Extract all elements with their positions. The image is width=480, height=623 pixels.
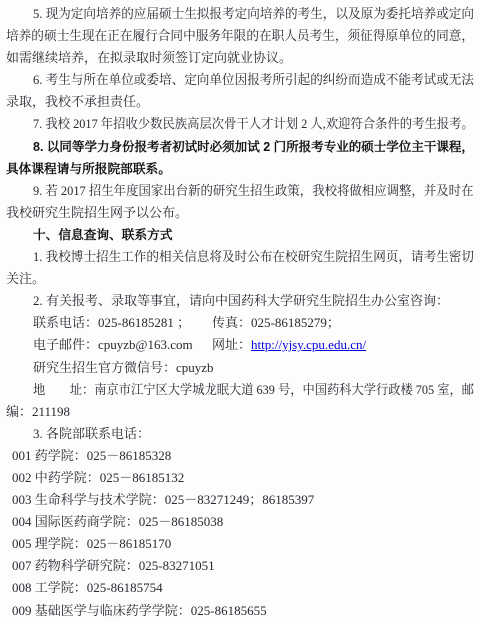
line-text: 008 工学院：025-86185754 bbox=[12, 580, 163, 595]
line-text: 十、信息查询、联系方式 bbox=[33, 228, 173, 242]
line-text: 地 址：南京市江宁区大学城龙眠大道 639 号，中国药科大学行政楼 705 室，… bbox=[33, 382, 474, 397]
info-1-line-2: 关注。 bbox=[6, 268, 474, 290]
line-content: 001 药学院：025－86185328 bbox=[12, 445, 171, 467]
item-8-line-2: 具体课程请与所报院部联系。 bbox=[6, 158, 474, 180]
website-field: 网址：http://yjsy.cpu.edu.cn/ bbox=[212, 334, 366, 356]
line-text: 001 药学院：025－86185328 bbox=[12, 448, 171, 463]
item-9-line-1: 9. 若 2017 招生年度国家出台新的研究生招生政策，我校将做相应调整，并及时… bbox=[6, 180, 474, 202]
item-6-line-1: 6. 考生与所在单位或委培、定向单位因报考所引起的纠纷而造成不能考试或无法 bbox=[6, 69, 474, 91]
contact-email-web: 电子邮件：cpuyzb@163.com网址：http://yjsy.cpu.ed… bbox=[6, 334, 474, 356]
dept-phone-009: 009 基础医学与临床药学学院：025-86185655 bbox=[6, 600, 474, 622]
line-text: 联系电话：025-86185281 ； bbox=[33, 315, 190, 330]
line-text: 003 生命科学与技术学院：025－83271249；86185397 bbox=[12, 492, 314, 507]
line-content: 009 基础医学与临床药学学院：025-86185655 bbox=[12, 600, 267, 622]
info-2-line-1: 2. 有关报考、录取等事宜，请向中国药科大学研究生院招生办公室咨询： bbox=[6, 290, 474, 312]
line-text: 编：211198 bbox=[6, 404, 70, 419]
line-content: 004 国际医药商学院：025－86185038 bbox=[12, 511, 223, 533]
line-text: 004 国际医药商学院：025－86185038 bbox=[12, 514, 223, 529]
info-3-line-1: 3. 各院部联系电话： bbox=[6, 423, 474, 445]
item-5-line-2: 培养的硕士生现在正在履行合同中服务年限的在职人员考生，须征得原单位的同意， bbox=[6, 25, 474, 47]
line-content: 十、信息查询、联系方式 bbox=[33, 224, 173, 246]
line-text: 关注。 bbox=[6, 271, 45, 286]
item-5-line-1: 5. 现为定向培养的应届硕士生拟报考定向培养的考生，以及原为委托培养或定向 bbox=[6, 3, 474, 25]
line-content: 联系电话：025-86185281 ； bbox=[33, 312, 190, 334]
admissions-website-link[interactable]: http://yjsy.cpu.edu.cn/ bbox=[251, 337, 366, 352]
line-content: 002 中药学院：025－86185132 bbox=[12, 467, 184, 489]
line-content: 2. 有关报考、录取等事宜，请向中国药科大学研究生院招生办公室咨询： bbox=[33, 290, 449, 312]
fax-field: 传真：025-86185279； bbox=[212, 312, 340, 334]
line-content: 6. 考生与所在单位或委培、定向单位因报考所引起的纠纷而造成不能考试或无法 bbox=[33, 69, 474, 91]
document-page: 5. 现为定向培养的应届硕士生拟报考定向培养的考生，以及原为委托培养或定向培养的… bbox=[0, 0, 480, 622]
line-text: 002 中药学院：025－86185132 bbox=[12, 470, 184, 485]
item-5-line-3: 如需继续培养，在拟录取时须签订定向就业协议。 bbox=[6, 47, 474, 69]
line-text: 6. 考生与所在单位或委培、定向单位因报考所引起的纠纷而造成不能考试或无法 bbox=[33, 72, 474, 87]
line-content: 编：211198 bbox=[6, 401, 70, 423]
line-content: 我校研究生院招生网予以公布。 bbox=[6, 202, 188, 224]
contact-address-line-1: 地 址：南京市江宁区大学城龙眠大道 639 号，中国药科大学行政楼 705 室，… bbox=[6, 379, 474, 401]
line-content: 8. 以同等学力身份报考者初试时必须加试 2 门所报考专业的硕士学位主干课程， bbox=[33, 136, 474, 158]
item-8-line-1: 8. 以同等学力身份报考者初试时必须加试 2 门所报考专业的硕士学位主干课程， bbox=[6, 136, 474, 158]
dept-phone-004: 004 国际医药商学院：025－86185038 bbox=[6, 511, 474, 533]
line-content: 关注。 bbox=[6, 268, 45, 290]
line-text: 如需继续培养，在拟录取时须签订定向就业协议。 bbox=[6, 50, 292, 65]
info-1-line-1: 1. 我校博士招生工作的相关信息将及时公布在校研究生院招生网页，请考生密切 bbox=[6, 246, 474, 268]
item-7-line-1: 7. 我校 2017 年招收少数民族高层次骨干人才计划 2 人,欢迎符合条件的考… bbox=[6, 113, 474, 135]
line-content: 9. 若 2017 招生年度国家出台新的研究生招生政策，我校将做相应调整，并及时… bbox=[33, 180, 474, 202]
line-content: 003 生命科学与技术学院：025－83271249；86185397 bbox=[12, 489, 314, 511]
dept-phone-007: 007 药物科学研究院：025-83271051 bbox=[6, 555, 474, 577]
item-9-line-2: 我校研究生院招生网予以公布。 bbox=[6, 202, 474, 224]
line-content: 007 药物科学研究院：025-83271051 bbox=[12, 555, 215, 577]
line-text: 7. 我校 2017 年招收少数民族高层次骨干人才计划 2 人,欢迎符合条件的考… bbox=[33, 116, 474, 131]
dept-phone-008: 008 工学院：025-86185754 bbox=[6, 577, 474, 599]
line-content: 005 理学院：025－86185170 bbox=[12, 533, 171, 555]
line-text: 1. 我校博士招生工作的相关信息将及时公布在校研究生院招生网页，请考生密切 bbox=[33, 249, 474, 264]
section-10-heading: 十、信息查询、联系方式 bbox=[6, 224, 474, 246]
line-text: 9. 若 2017 招生年度国家出台新的研究生招生政策，我校将做相应调整，并及时… bbox=[33, 183, 474, 198]
line-text: 005 理学院：025－86185170 bbox=[12, 536, 171, 551]
dept-phone-002: 002 中药学院：025－86185132 bbox=[6, 467, 474, 489]
line-text: 录取，我校不承担责任。 bbox=[6, 94, 149, 109]
line-content: 1. 我校博士招生工作的相关信息将及时公布在校研究生院招生网页，请考生密切 bbox=[33, 246, 474, 268]
line-content: 008 工学院：025-86185754 bbox=[12, 577, 163, 599]
line-content: 3. 各院部联系电话： bbox=[33, 423, 150, 445]
dept-phone-005: 005 理学院：025－86185170 bbox=[6, 533, 474, 555]
contact-wechat: 研究生招生官方微信号：cpuyzb bbox=[6, 357, 474, 379]
dept-phone-001: 001 药学院：025－86185328 bbox=[6, 445, 474, 467]
line-text: 8. 以同等学力身份报考者初试时必须加试 2 门所报考专业的硕士学位主干课程， bbox=[33, 140, 474, 154]
contact-phone-fax: 联系电话：025-86185281 ；传真：025-86185279； bbox=[6, 312, 474, 334]
line-content: 录取，我校不承担责任。 bbox=[6, 91, 149, 113]
line-content: 5. 现为定向培养的应届硕士生拟报考定向培养的考生，以及原为委托培养或定向 bbox=[33, 3, 474, 25]
line-content: 7. 我校 2017 年招收少数民族高层次骨干人才计划 2 人,欢迎符合条件的考… bbox=[33, 113, 474, 135]
dept-phone-003: 003 生命科学与技术学院：025－83271249；86185397 bbox=[6, 489, 474, 511]
line-text: 培养的硕士生现在正在履行合同中服务年限的在职人员考生，须征得原单位的同意， bbox=[6, 28, 474, 43]
line-text: 009 基础医学与临床药学学院：025-86185655 bbox=[12, 603, 267, 618]
line-content: 地 址：南京市江宁区大学城龙眠大道 639 号，中国药科大学行政楼 705 室，… bbox=[33, 379, 474, 401]
line-content: 如需继续培养，在拟录取时须签订定向就业协议。 bbox=[6, 47, 292, 69]
line-text: 电子邮件：cpuyzb@163.com bbox=[33, 337, 193, 352]
line-text: 3. 各院部联系电话： bbox=[33, 426, 150, 441]
contact-address-line-2: 编：211198 bbox=[6, 401, 474, 423]
line-text: 5. 现为定向培养的应届硕士生拟报考定向培养的考生，以及原为委托培养或定向 bbox=[33, 6, 474, 21]
line-content: 研究生招生官方微信号：cpuyzb bbox=[33, 357, 214, 379]
line-text: 研究生招生官方微信号：cpuyzb bbox=[33, 360, 214, 375]
line-text: 007 药物科学研究院：025-83271051 bbox=[12, 558, 215, 573]
line-content: 具体课程请与所报院部联系。 bbox=[6, 158, 171, 180]
line-text: 具体课程请与所报院部联系。 bbox=[6, 162, 171, 176]
line-text: 我校研究生院招生网予以公布。 bbox=[6, 205, 188, 220]
line-content: 培养的硕士生现在正在履行合同中服务年限的在职人员考生，须征得原单位的同意， bbox=[6, 25, 474, 47]
line-text: 2. 有关报考、录取等事宜，请向中国药科大学研究生院招生办公室咨询： bbox=[33, 293, 449, 308]
item-6-line-2: 录取，我校不承担责任。 bbox=[6, 91, 474, 113]
line-content: 电子邮件：cpuyzb@163.com bbox=[33, 334, 193, 356]
